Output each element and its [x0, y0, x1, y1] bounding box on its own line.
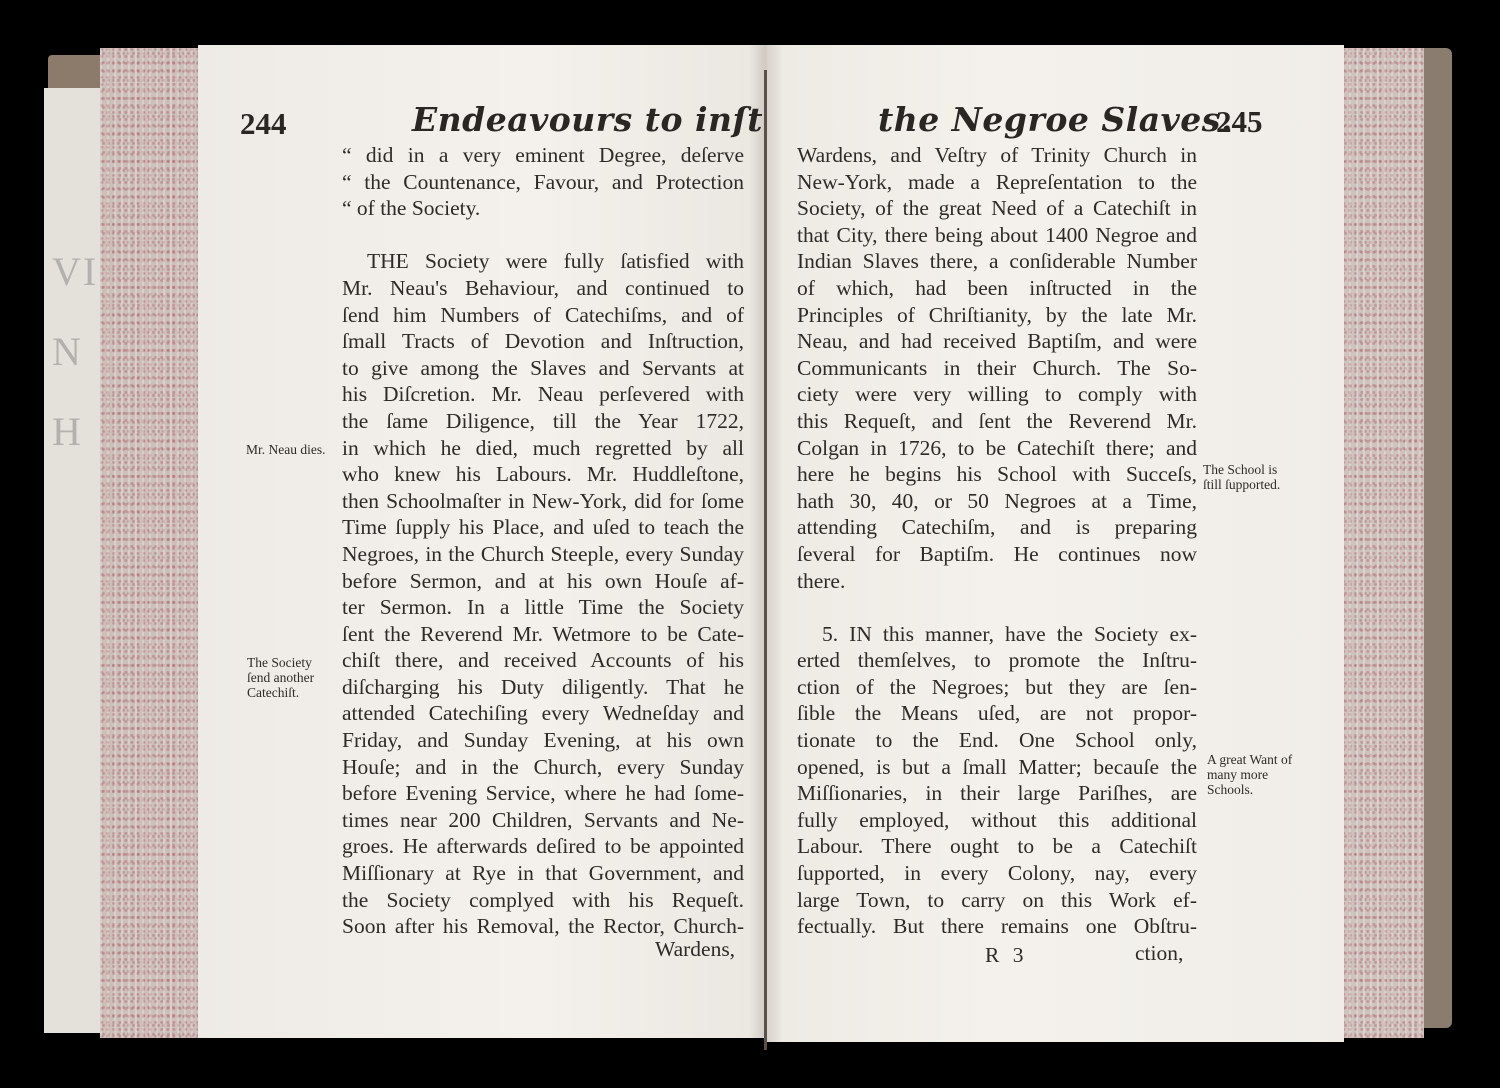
text-line: ſmall Tracts of Devotion and Inſtruction… [342, 328, 744, 355]
flyleaf: VI N H [44, 88, 107, 1033]
text-line: there. [797, 568, 1197, 595]
text-line: Time ſupply his Place, and uſed to teach… [342, 514, 744, 541]
text-line: 5. IN this manner, have the Society ex- [797, 621, 1197, 648]
left-sidenote-another-catechist: The Society ſend another Catechiſt. [247, 655, 333, 700]
text-line: here he begins his School with Succeſs, [797, 461, 1197, 488]
flyleaf-bleed-text: H [52, 408, 83, 455]
flyleaf-bleed-text: N [52, 328, 83, 375]
text-line: before Sermon, and at his own Houſe af- [342, 568, 744, 595]
text-line: Colgan in 1726, to be Catechiſt there; a… [797, 435, 1197, 462]
text-line: ſeveral for Baptiſm. He continues now [797, 541, 1197, 568]
gutter [764, 70, 767, 1050]
text-line: Neau, and had received Baptiſm, and were [797, 328, 1197, 355]
text-line: Friday, and Sunday Evening, at his own [342, 727, 744, 754]
text-line: attended Catechiſing every Wedneſday and [342, 700, 744, 727]
text-line: THE Society were fully ſatisfied with [342, 248, 744, 275]
text-line: Soon after his Removal, the Rector, Chur… [342, 913, 744, 940]
right-sidenote-great-want: A great Want of many more Schools. [1207, 752, 1299, 797]
left-page-number: 244 [240, 106, 287, 142]
book-cover-right [1420, 48, 1452, 1028]
flyleaf-bleed-text: VI [52, 248, 98, 295]
text-line: Mr. Neau's Behaviour, and continued to [342, 275, 744, 302]
text-line: Society, of the great Need of a Catechiſ… [797, 195, 1197, 222]
text-line: ter Sermon. In a little Time the Society [342, 594, 744, 621]
text-line: ſible the Means uſed, are not propor- [797, 700, 1197, 727]
text-line: attending Catechiſm, and is preparing [797, 514, 1197, 541]
text-line: the Society complyed with his Requeſt. [342, 887, 744, 914]
text-line: opened, is but a ſmall Matter; becauſe t… [797, 754, 1197, 781]
left-catchword: Wardens, [655, 937, 735, 962]
text-line: ction of the Negroes; but they are ſen- [797, 674, 1197, 701]
page-block-edge-left [100, 48, 200, 1038]
text-line: ſend him Numbers of Catechiſms, and of [342, 302, 744, 329]
text-line: fectually. But there remains one Obſtru- [797, 913, 1197, 940]
text-line: Communicants in their Church. The So- [797, 355, 1197, 382]
text-line: “ the Countenance, Favour, and Protectio… [342, 169, 744, 196]
text-line: times near 200 Children, Servants and Ne… [342, 807, 744, 834]
text-line: ſupported, in every Colony, nay, every [797, 860, 1197, 887]
text-line: “ did in a very eminent Degree, deſerve [342, 142, 744, 169]
signature-mark: R 3 [985, 943, 1027, 968]
text-line: to give among the Slaves and Servants at [342, 355, 744, 382]
text-line: Principles of Chriſtianity, by the late … [797, 302, 1197, 329]
text-line: then Schoolmaſter in New-York, did for ſ… [342, 488, 744, 515]
right-running-head-title: the Negroe Slaves. [878, 100, 1233, 139]
text-line: ſent the Reverend Mr. Wetmore to be Cate… [342, 621, 744, 648]
text-line: Negroes, in the Church Steeple, every Su… [342, 541, 744, 568]
right-sidenote-school-supported: The School is ſtill ſupported. [1203, 462, 1293, 492]
text-line: Miſſionaries, in their large Pariſhes, a… [797, 780, 1197, 807]
text-line: Houſe; and in the Church, every Sunday [342, 754, 744, 781]
text-line: chiſt there, and received Accounts of hi… [342, 647, 744, 674]
text-line: “ of the Society. [342, 195, 744, 222]
right-page-number: 245 [1216, 104, 1263, 140]
text-line: the ſame Diligence, till the Year 1722, [342, 408, 744, 435]
text-line: Indian Slaves there, a conſiderable Numb… [797, 248, 1197, 275]
text-line: that City, there being about 1400 Negroe… [797, 222, 1197, 249]
text-line: groes. He afterwards deſired to be appoi… [342, 833, 744, 860]
text-line: Labour. There ought to be a Catechiſt [797, 833, 1197, 860]
left-body-text: “ did in a very eminent Degree, deſerve … [342, 142, 744, 940]
text-line: large Town, to carry on this Work ef- [797, 887, 1197, 914]
text-line: of which, had been inſtructed in the [797, 275, 1197, 302]
paragraph-gap [797, 594, 1197, 621]
text-line: who knew his Labours. Mr. Huddleſtone, [342, 461, 744, 488]
text-line: hath 30, 40, or 50 Negroes at a Time, [797, 488, 1197, 515]
right-catchword: ction, [1135, 941, 1183, 966]
left-sidenote-neau-dies: Mr. Neau dies. [246, 442, 342, 457]
text-line: ciety were very willing to comply with [797, 381, 1197, 408]
text-line: in which he died, much regretted by all [342, 435, 744, 462]
text-line: New-York, made a Repreſentation to the [797, 169, 1197, 196]
text-line: before Evening Service, where he had ſom… [342, 780, 744, 807]
text-line: erted themſelves, to promote the Inſtru- [797, 647, 1197, 674]
text-line: Wardens, and Veſtry of Trinity Church in [797, 142, 1197, 169]
text-line: tionate to the End. One School only, [797, 727, 1197, 754]
text-line: his Diſcretion. Mr. Neau perſevered with [342, 381, 744, 408]
text-line: Miſſionary at Rye in that Government, an… [342, 860, 744, 887]
text-line: fully employed, without this additional [797, 807, 1197, 834]
page-block-edge-right [1342, 48, 1424, 1038]
text-line: diſcharging his Duty diligently. That he [342, 674, 744, 701]
paragraph-gap [342, 222, 744, 249]
text-line: this Requeſt, and ſent the Reverend Mr. [797, 408, 1197, 435]
right-body-text: Wardens, and Veſtry of Trinity Church in… [797, 142, 1197, 940]
